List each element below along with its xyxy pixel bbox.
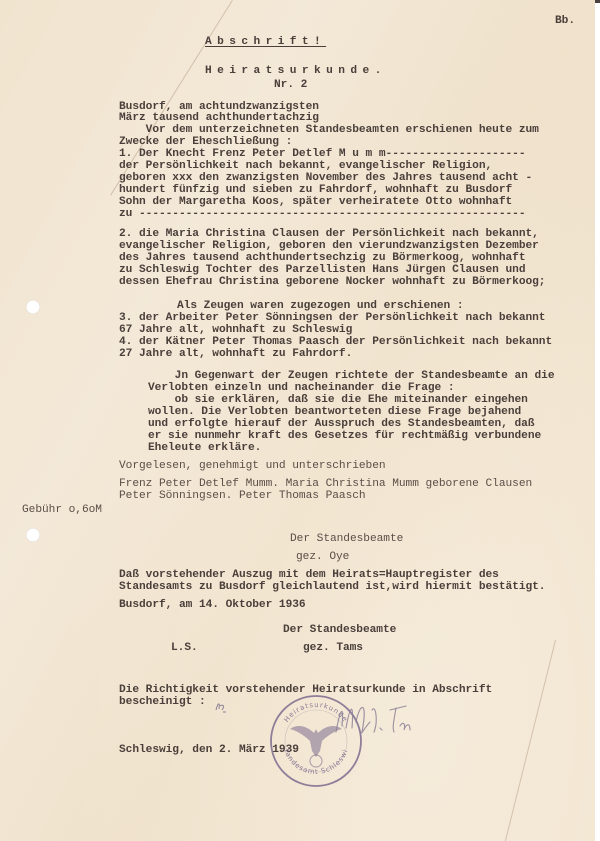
confirmation-line: Daß vorstehender Auszug mit dem Heirats=… — [119, 570, 499, 581]
groom-line: zu -------------------------------------… — [119, 209, 525, 220]
corner-mark: Bb. — [555, 16, 575, 27]
intro-line: Zwecke der Eheschließung : — [119, 137, 292, 148]
punch-hole-bottom — [26, 528, 40, 542]
ceremony-line: er sie nunmehr kraft des Gesetzes für re… — [148, 431, 541, 442]
signatures-line: Frenz Peter Detlef Mumm. Maria Christina… — [119, 479, 532, 490]
witness-line: 3. der Arbeiter Peter Sönningsen der Per… — [119, 313, 545, 324]
witness-line: 27 Jahre alt, wohnhaft zu Fahrdorf. — [119, 349, 352, 360]
intro-line: März tausend achthundertachzig — [119, 113, 319, 124]
fee-note: Gebühr o,6oM — [22, 505, 102, 516]
ceremony-line: Eheleute erkläre. — [148, 443, 261, 454]
registrar-signature: gez. Tams — [303, 643, 363, 654]
ceremony-line: ob sie erklären, daß sie die Ehe miteina… — [148, 395, 528, 406]
document-page: Bb. Abschrift! Heiratsurkunde. Nr. 2 Bus… — [0, 0, 595, 841]
registrar-title: Der Standesbeamte — [283, 625, 396, 636]
groom-line: Sohn der Margaretha Koos, später verheir… — [119, 197, 512, 208]
bride-line: 2. die Maria Christina Clausen der Persö… — [119, 229, 539, 240]
groom-line: der Persönlichkeit nach bekannt, evangel… — [119, 161, 492, 172]
witness-line: 67 Jahre alt, wohnhaft zu Schleswig — [119, 325, 352, 336]
groom-line: 1. Der Knecht Frenz Peter Detlef M u m m… — [119, 149, 525, 160]
confirmation-date: Busdorf, am 14. Oktober 1936 — [119, 600, 306, 611]
confirmation-line: Standesamts zu Busdorf gleichlautend ist… — [119, 582, 545, 593]
ceremony-line: wollen. Die Verlobten beantworteten dies… — [148, 407, 521, 418]
registrar-signature: gez. Oye — [296, 552, 349, 563]
ceremony-line: Verlobten einzeln und nacheinander die F… — [148, 383, 455, 394]
bride-line: des Jahres tausend achthundertsechzig zu… — [119, 253, 525, 264]
punch-hole-top — [26, 300, 40, 314]
bride-line: dessen Ehefrau Christina geborene Nocker… — [119, 277, 545, 288]
signatures-line: Peter Sönningsen. Peter Thomas Paasch — [119, 491, 366, 502]
document-heading: Heiratsurkunde. — [205, 66, 387, 77]
ceremony-line: Jn Gegenwart der Zeugen richtete der Sta… — [148, 371, 554, 382]
read-approved-line: Vorgelesen, genehmigt und unterschrieben — [119, 461, 386, 472]
document-title: Abschrift! — [205, 37, 326, 48]
seal-mark: L.S. — [171, 643, 198, 654]
handwritten-signature — [330, 692, 430, 752]
bride-line: zu Schleswig Tochter des Parzellisten Ha… — [119, 265, 525, 276]
certification-line: bescheinigt : — [119, 697, 206, 708]
groom-line: geboren xxx den zwanzigsten November des… — [119, 173, 532, 184]
paper-crease — [504, 640, 556, 841]
intro-line: Vor dem unterzeichneten Standesbeamten e… — [119, 125, 539, 136]
registrar-title: Der Standesbeamte — [290, 534, 403, 545]
bride-line: evangelischer Religion, geboren den vier… — [119, 241, 539, 252]
document-number: Nr. 2 — [274, 80, 307, 91]
groom-line: hundert fünfzig und sieben zu Fahrdorf, … — [119, 185, 512, 196]
witness-intro: Als Zeugen waren zugezogen und erschiene… — [177, 301, 464, 312]
handwritten-initials — [214, 700, 228, 714]
ceremony-line: und erfolgte hierauf der Ausspruch des S… — [148, 419, 535, 430]
witness-line: 4. der Kätner Peter Thomas Paasch der Pe… — [119, 337, 552, 348]
